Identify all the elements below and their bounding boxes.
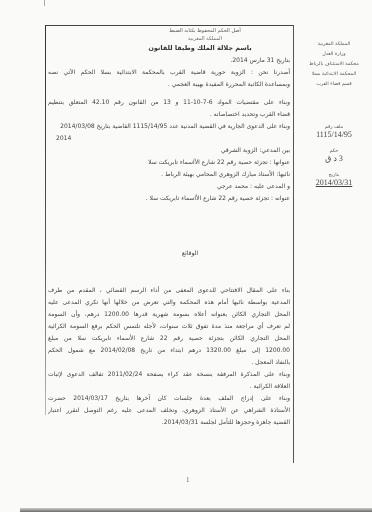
sidebar-line: محكمة الاستئناف بالرباط <box>296 60 372 70</box>
defendant-line: و المدعى عليه : محمد عرجي <box>48 181 290 193</box>
judgment-date-value: 2014/03/31 <box>296 178 372 187</box>
plaintiff-lawyer-line: نائبها: الأستاذ مبارك الزوهري المحامي به… <box>48 169 290 181</box>
defendant-address-line: عنوانه : تجزئة حصية رقم 22 شارع الأاسماء… <box>48 193 290 205</box>
case-year-line: 2014 <box>48 133 290 145</box>
facts-line: بناء على المقال الافتتاحي للدعوى المعفى … <box>48 285 290 297</box>
sidebar-line: قسم قضاء القرب <box>296 80 372 90</box>
facts-line: القضية جاهزة وحجزها للتأمل لجلسة 2014/03… <box>48 417 290 429</box>
judgment-date-block: بتاريخ 2014/03/31 <box>296 173 372 187</box>
scan-mark <box>44 0 45 6</box>
file-number-value: 1115/14/95 <box>296 130 372 139</box>
judgment-number-value: 3 د ق <box>296 154 372 163</box>
legal-basis-line-cont: قضاء القرب وتحديد اختصاصاته . <box>48 109 290 121</box>
frame-border-right <box>293 25 294 463</box>
page-number: 1 <box>186 476 190 484</box>
plaintiff-line: بين المدعي: الزوبة الشرقي <box>48 145 290 157</box>
section-title-facts: الوقائع <box>150 250 230 257</box>
header-kingdom: المملكة المغربية <box>165 36 245 42</box>
legal-basis-line: وبناء على مقتضيات المواد 6-7-10-11 و 13 … <box>48 97 290 109</box>
header-title: باسم جلالة الملك وطبقا للقانون <box>120 44 280 52</box>
facts-line: 1200.00 إلى مبلغ 1320.00 درهم ابتداء من … <box>48 345 290 357</box>
header-original-copy-note: أصل الحكم المحفوظ بكتابة الضبط <box>150 28 260 34</box>
clerk-line: وبمساعدة الكاتبة المحررة المفيدة بهيبة ا… <box>48 79 290 91</box>
frame-border-left <box>45 25 46 415</box>
frame-border-top <box>45 25 293 26</box>
facts-block: بناء على المقال الافتتاحي للدعوى المعفى … <box>48 285 290 429</box>
file-number-block: ملف رقم 1115/14/95 <box>296 125 372 139</box>
judgment-date-line: بتاريخ 31 مارس 2014. <box>48 55 290 67</box>
scan-edge-shadow <box>20 508 372 512</box>
judge-line: أصدرنا نحن : الزوبة حورية قاضية القرب با… <box>48 67 290 79</box>
facts-line: العلاقة الكرائية . <box>48 381 290 393</box>
facts-line: وبناء على المذكرة المرفقة بنسخة عقد كراء… <box>48 369 290 381</box>
facts-line: بالنفاذ المعجل . <box>48 357 290 369</box>
sidebar-line: المحكمة الابتدائية بسلا <box>296 70 372 80</box>
preamble-block: بتاريخ 31 مارس 2014. أصدرنا نحن : الزوبة… <box>48 55 290 205</box>
facts-line: لم تعرف أي مراجعة منذ مدة تفوق ثلاث سنوا… <box>48 321 290 333</box>
facts-line: وبناء على إدراج الملف بعدة جلسات كان آخر… <box>48 393 290 405</box>
facts-line: المحل التجاري الكائن بتجزئة حصية رقم 22 … <box>48 333 290 345</box>
document-page: أصل الحكم المحفوظ بكتابة الضبط المملكة ا… <box>0 0 372 512</box>
case-reference-line: وبناء على الدعوى الجارية في القضية المدن… <box>48 121 290 133</box>
sidebar-line: وزارة العدل <box>296 50 372 60</box>
facts-line: المحل التجاري الكائن بعنوانه أعلاه بسومة… <box>48 309 290 321</box>
facts-line: الأستاذة الشراهي عن الأستاذ الزوهري، وتخ… <box>48 405 290 417</box>
judgment-number-block: حكم 3 د ق <box>296 149 372 163</box>
court-sidebar: المملكة المغربية وزارة العدل محكمة الاست… <box>296 40 372 90</box>
facts-line: المدعية بواسطة نائبها أمام هذه المحكمة و… <box>48 297 290 309</box>
sidebar-line: المملكة المغربية <box>296 40 372 50</box>
plaintiff-address-line: عنوانها : تجزئة حصية رقم 22 شارع الأاسما… <box>48 157 290 169</box>
